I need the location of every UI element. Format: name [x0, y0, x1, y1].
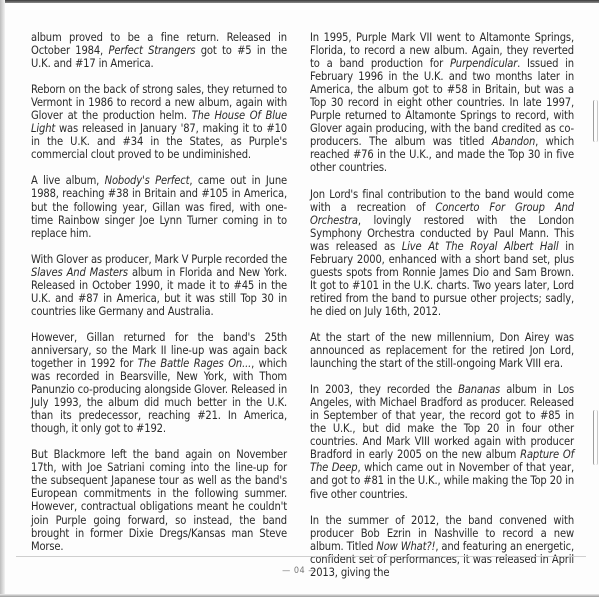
- italic-title: The Battle Rages On...: [138, 357, 251, 370]
- italic-title: Bananas: [458, 383, 500, 396]
- paragraph: In 1995, Purple Mark VII went to Altamon…: [310, 31, 574, 175]
- paragraph: Reborn on the back of strong sales, they…: [31, 83, 287, 161]
- italic-title: Live At The Royal Albert Hall: [402, 240, 559, 253]
- right-text-column: In 1995, Purple Mark VII went to Altamon…: [310, 31, 574, 579]
- scan-artifact-mark: [593, 100, 598, 142]
- text-segment: But Blackmore left the band again on Nov…: [31, 448, 287, 552]
- scan-left-edge: [0, 0, 5, 597]
- paragraph: With Glover as producer, Mark V Purple r…: [31, 253, 287, 318]
- text-segment: was released in January '87, making it t…: [31, 122, 287, 161]
- italic-title: Abandon: [492, 135, 535, 148]
- paragraph: A live album, Nobody's Perfect, came out…: [31, 174, 287, 239]
- text-segment: A live album,: [31, 174, 105, 187]
- italic-title: Perfect Strangers: [108, 44, 195, 57]
- paragraph: In 2003, they recorded the Bananas album…: [310, 383, 574, 500]
- text-segment: At the start of the new millennium, Don …: [310, 331, 574, 370]
- paragraph: But Blackmore left the band again on Nov…: [31, 448, 287, 552]
- paragraph: At the start of the new millennium, Don …: [310, 331, 574, 370]
- italic-title: Slaves And Masters: [31, 266, 128, 279]
- italic-title: Now What?!: [376, 540, 435, 553]
- paragraph: album proved to be a fine return. Releas…: [31, 31, 287, 70]
- scan-top-edge: [0, 0, 599, 3]
- paragraph: However, Gillan returned for the band's …: [31, 331, 287, 435]
- italic-title: Purpendicular: [450, 57, 517, 70]
- left-text-column: album proved to be a fine return. Releas…: [31, 31, 287, 553]
- text-segment: In 2003, they recorded the: [310, 383, 458, 396]
- scan-artifact-mark: [593, 410, 598, 465]
- text-segment: With Glover as producer, Mark V Purple r…: [31, 253, 287, 266]
- paragraph: Jon Lord's final contribution to the ban…: [310, 188, 574, 318]
- italic-title: Nobody's Perfect: [105, 174, 190, 187]
- booklet-page: album proved to be a fine return. Releas…: [0, 0, 599, 597]
- footer-divider: [16, 556, 586, 557]
- page-number: — 04 —: [0, 566, 599, 576]
